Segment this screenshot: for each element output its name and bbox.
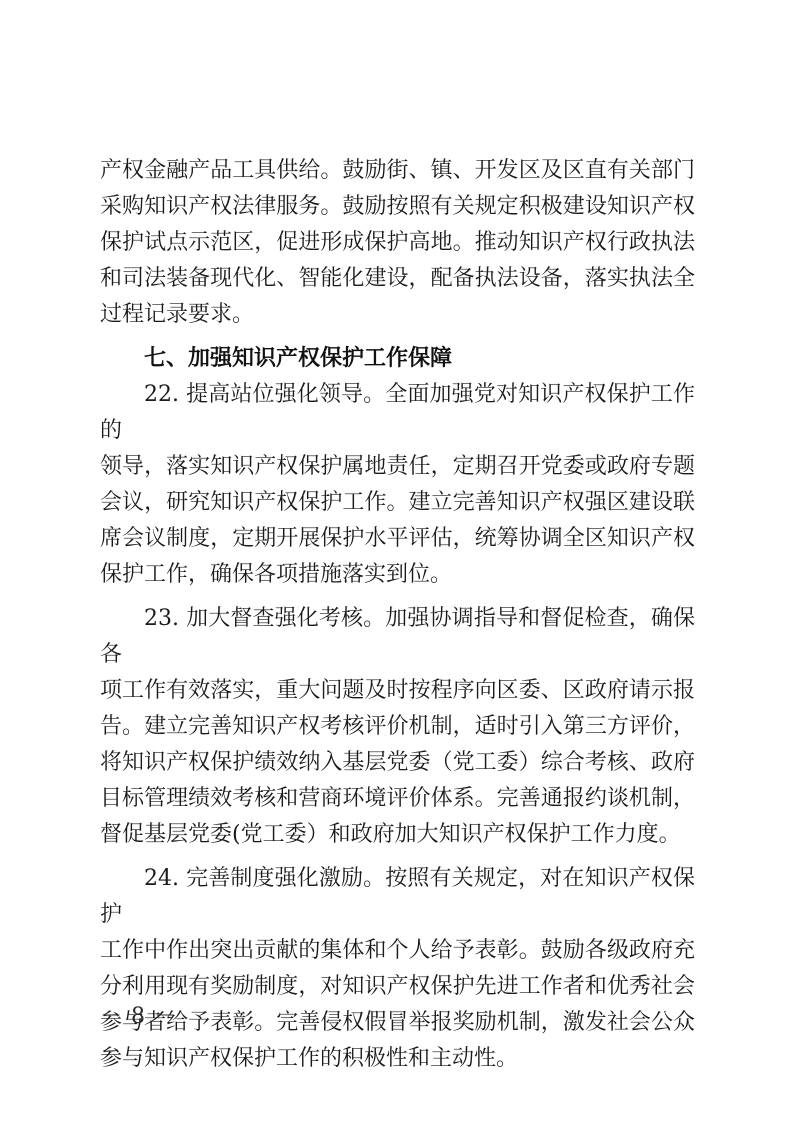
text-line: 过程记录要求。	[100, 297, 695, 333]
text-line: 告。建立完善知识产权考核评价机制，适时引入第三方评价，	[100, 709, 695, 745]
text-line: 保护工作，确保各项措施落实到位。	[100, 557, 695, 593]
text-line: 采购知识产权法律服务。鼓励按照有关规定积极建设知识产权	[100, 189, 695, 225]
text-line: 参与者给予表彰。完善侵权假冒举报奖励机制，激发社会公众	[100, 1005, 695, 1041]
text-line: 目标管理绩效考核和营商环境评价体系。完善通报约谈机制，	[100, 781, 695, 817]
text-line: 产权金融产品工具供给。鼓励街、镇、开发区及区直有关部门	[100, 153, 695, 189]
section-heading-text: 七、加强知识产权保护工作保障	[144, 346, 452, 371]
document-content: 产权金融产品工具供给。鼓励街、镇、开发区及区直有关部门 采购知识产权法律服务。鼓…	[100, 153, 695, 1085]
text-line: 席会议制度，定期开展保护水平评估，统筹协调全区知识产权	[100, 521, 695, 557]
paragraph-item-24: 24. 完善制度强化激励。按照有关规定，对在知识产权保护 工作中作出突出贡献的集…	[100, 861, 695, 1077]
text-line: 分利用现有奖励制度，对知识产权保护先进工作者和优秀社会	[100, 969, 695, 1005]
text-line: 会议，研究知识产权保护工作。建立完善知识产权强区建设联	[100, 485, 695, 521]
text-line: 保护试点示范区，促进形成保护高地。推动知识产权行政执法	[100, 225, 695, 261]
text-line: 领导，落实知识产权保护属地责任，定期召开党委或政府专题	[100, 449, 695, 485]
text-line: 22. 提高站位强化领导。全面加强党对知识产权保护工作的	[100, 377, 695, 449]
paragraph-continuation: 产权金融产品工具供给。鼓励街、镇、开发区及区直有关部门 采购知识产权法律服务。鼓…	[100, 153, 695, 333]
section-heading: 七、加强知识产权保护工作保障	[100, 341, 695, 377]
text-line: 督促基层党委(党工委）和政府加大知识产权保护工作力度。	[100, 817, 695, 853]
text-line: 和司法装备现代化、智能化建设，配备执法设备，落实执法全	[100, 261, 695, 297]
text-line: 工作中作出突出贡献的集体和个人给予表彰。鼓励各级政府充	[100, 933, 695, 969]
paragraph-item-23: 23. 加大督查强化考核。加强协调指导和督促检查，确保各 项工作有效落实，重大问…	[100, 601, 695, 853]
page-number: － 8 －	[100, 1004, 177, 1029]
text-line: 24. 完善制度强化激励。按照有关规定，对在知识产权保护	[100, 861, 695, 933]
page-footer: － 8 －	[100, 1004, 177, 1030]
text-line: 23. 加大督查强化考核。加强协调指导和督促检查，确保各	[100, 601, 695, 673]
document-page: 产权金融产品工具供给。鼓励街、镇、开发区及区直有关部门 采购知识产权法律服务。鼓…	[0, 0, 793, 1122]
paragraph-item-22: 22. 提高站位强化领导。全面加强党对知识产权保护工作的 领导，落实知识产权保护…	[100, 377, 695, 593]
text-line: 将知识产权保护绩效纳入基层党委（党工委）综合考核、政府	[100, 745, 695, 781]
text-line: 项工作有效落实，重大问题及时按程序向区委、区政府请示报	[100, 673, 695, 709]
text-line: 参与知识产权保护工作的积极性和主动性。	[100, 1041, 695, 1077]
